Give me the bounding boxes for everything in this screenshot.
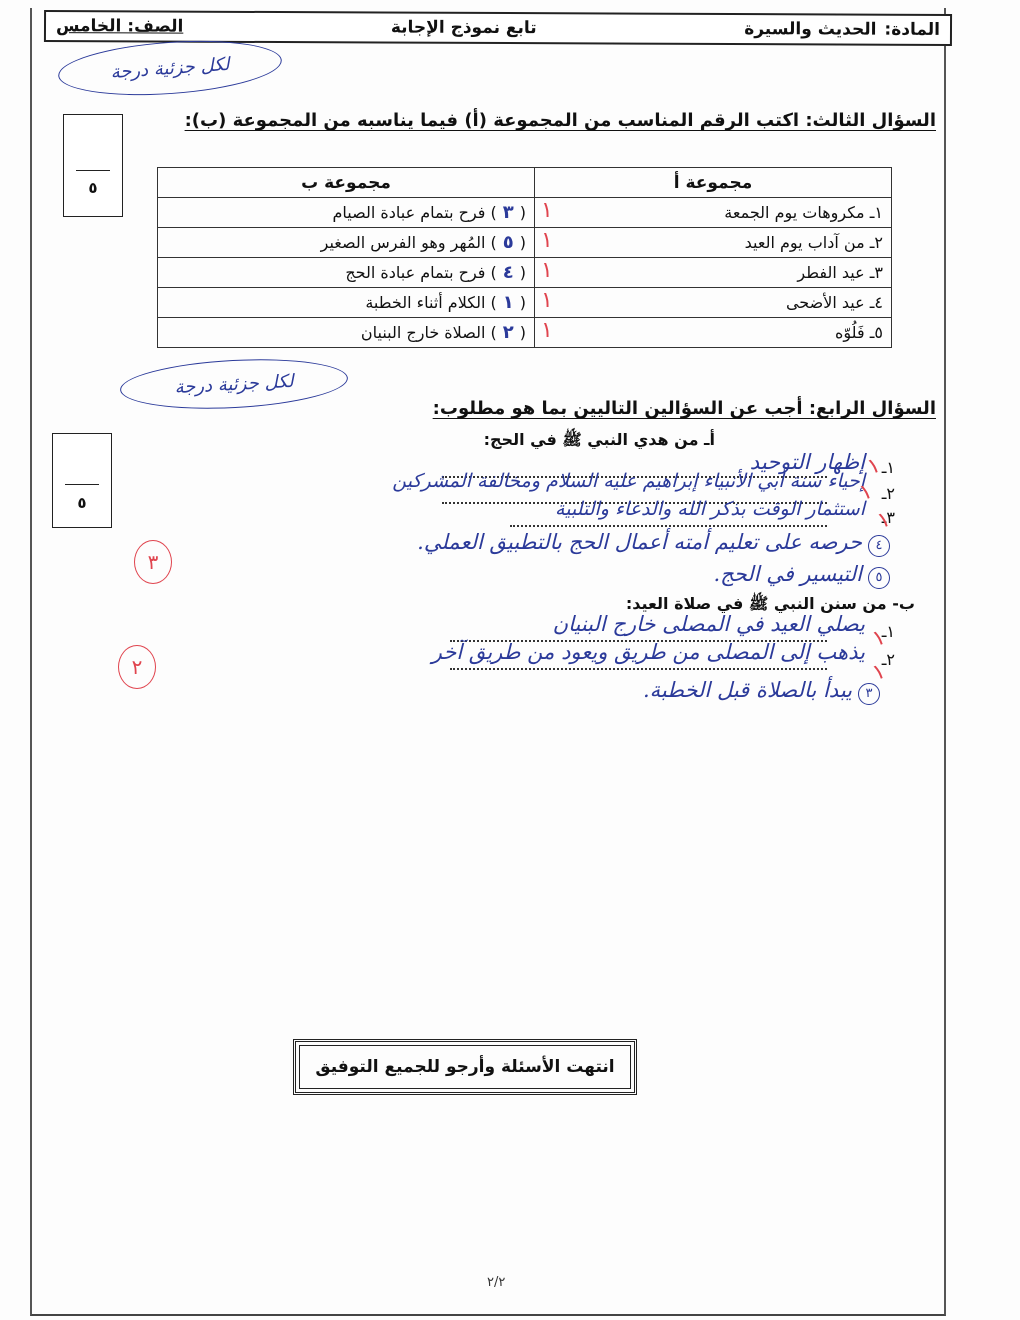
table-row: ٢ـ من آداب يوم العيد ١ (٥) المُهر وهو ال… (158, 228, 892, 258)
grade-mark: ١ (541, 258, 553, 283)
score-value: ٥ (53, 494, 111, 512)
grade-label: الصف: الخامس (56, 16, 183, 37)
handwritten-extra-answer: ٥التيسير في الحج. (714, 562, 890, 589)
table-row: ٥ـ فَلُوّه ١ (٢) الصلاة خارج البنيان (158, 318, 892, 348)
circled-number: ٣ (858, 683, 880, 705)
grade-mark: ١ (541, 288, 553, 313)
group-a-cell: ٢ـ من آداب يوم العيد ١ (535, 228, 892, 258)
question4-title: السؤال الرابع: أجب عن السؤالين التاليين … (433, 398, 936, 419)
question3-score-box: ٥ (63, 114, 123, 217)
page-number: ٢/٢ (487, 1275, 505, 1290)
grading-note-text: لكل جزئية درجة (174, 370, 294, 397)
score-divider (76, 170, 110, 171)
answer-number: ٣ (497, 202, 520, 223)
group-a-cell: ٣ـ عيد الفطر ١ (535, 258, 892, 288)
subject-value: الحديث والسيرة (744, 19, 876, 40)
group-a-text: ٢ـ من آداب يوم العيد (745, 233, 883, 252)
handwritten-extra-answer: ٣يبدأ بالصلاة قبل الخطبة. (643, 678, 880, 705)
group-b-text: فرح بتمام عبادة الصيام (332, 203, 485, 222)
group-b-cell: (١) الكلام أثناء الخطبة (158, 288, 535, 318)
group-b-text: المُهر وهو الفرس الصغير (321, 233, 486, 252)
group-a-cell: ٥ـ فَلُوّه ١ (535, 318, 892, 348)
closing-text: انتهت الأسئلة وأرجو للجميع التوفيق (315, 1057, 614, 1077)
answer-number: ١ (497, 292, 520, 313)
handwritten-answer: استثمار الوقت بذكر الله والدعاء والتلبية (555, 498, 865, 520)
score-value: ٥ (64, 179, 122, 197)
question3-title: السؤال الثالث: اكتب الرقم المناسب من الم… (185, 110, 936, 131)
circled-number: ٥ (868, 567, 890, 589)
grade-mark: ١ (541, 198, 553, 223)
grade-mark: ١ (541, 318, 553, 343)
answer-line (510, 525, 827, 527)
closing-box: انتهت الأسئلة وأرجو للجميع التوفيق (293, 1039, 637, 1095)
part-b-total-mark: ٢ (118, 645, 156, 689)
group-b-cell: (٢) الصلاة خارج البنيان (158, 318, 535, 348)
grading-note-text: لكل جزئية درجة (110, 53, 230, 82)
document-title: تابع نموذج الإجابة (391, 18, 537, 39)
group-a-text: ٥ـ فَلُوّه (835, 323, 883, 342)
handwritten-extra-answer: ٤حرصه على تعليم أمته أعمال الحج بالتطبيق… (417, 530, 890, 557)
table-row: ٤ـ عيد الأضحى ١ (١) الكلام أثناء الخطبة (158, 288, 892, 318)
header-group-b: مجموعة ب (158, 168, 535, 198)
score-divider (65, 484, 99, 485)
group-a-cell: ٤ـ عيد الأضحى ١ (535, 288, 892, 318)
answer-number: ٥ (497, 232, 520, 253)
extra-answer-text: التيسير في الحج. (714, 562, 862, 586)
group-b-text: الصلاة خارج البنيان (361, 323, 486, 342)
item-number: ١ـ (882, 458, 895, 477)
answer-line (450, 668, 827, 670)
part-a-total-mark: ٣ (134, 540, 172, 584)
header-group-a: مجموعة أ (535, 168, 892, 198)
part-a-title: أـ من هدي النبي ﷺ في الحج: (484, 430, 715, 453)
matching-table: مجموعة أ مجموعة ب ١ـ مكروهات يوم الجمعة … (157, 167, 892, 348)
group-b-text: الكلام أثناء الخطبة (365, 293, 485, 312)
question4-score-box: ٥ (52, 433, 112, 528)
subject-label: المادة: (884, 20, 940, 40)
group-b-cell: (٣) فرح بتمام عبادة الصيام (158, 198, 535, 228)
group-a-cell: ١ـ مكروهات يوم الجمعة ١ (535, 198, 892, 228)
circled-number: ٤ (868, 535, 890, 557)
extra-answer-text: حرصه على تعليم أمته أعمال الحج بالتطبيق … (417, 530, 862, 554)
item-number: ٢ـ (882, 650, 895, 669)
group-a-text: ١ـ مكروهات يوم الجمعة (724, 203, 883, 222)
group-b-text: فرح بتمام عبادة الحج (345, 263, 485, 282)
handwritten-answer: إحياء سنة أبي الأنبياء إبراهيم عليه السل… (392, 470, 865, 492)
answer-number: ٤ (497, 262, 520, 283)
group-a-text: ٣ـ عيد الفطر (797, 263, 883, 282)
table-row: ١ـ مكروهات يوم الجمعة ١ (٣) فرح بتمام عب… (158, 198, 892, 228)
table-row: ٣ـ عيد الفطر ١ (٤) فرح بتمام عبادة الحج (158, 258, 892, 288)
item-number: ٢ـ (882, 484, 895, 503)
extra-answer-text: يبدأ بالصلاة قبل الخطبة. (643, 678, 852, 702)
answer-number: ٢ (497, 322, 520, 343)
subject: المادة: الحديث والسيرة (744, 19, 940, 40)
handwritten-answer: يصلي العيد في المصلى خارج البنيان (553, 612, 865, 636)
grade-mark: ١ (541, 228, 553, 253)
group-a-text: ٤ـ عيد الأضحى (786, 293, 883, 312)
group-b-cell: (٥) المُهر وهو الفرس الصغير (158, 228, 535, 258)
group-b-cell: (٤) فرح بتمام عبادة الحج (158, 258, 535, 288)
handwritten-answer: يذهب إلى المصلى من طريق ويعود من طريق آخ… (432, 640, 865, 664)
